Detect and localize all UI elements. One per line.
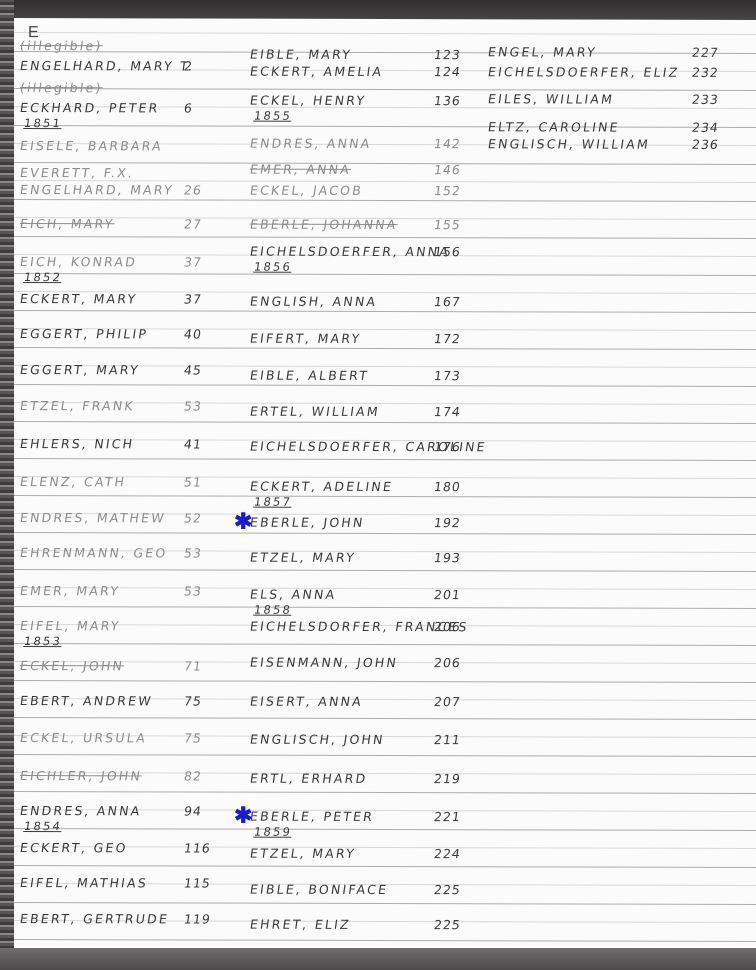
left-entry-page: 94 xyxy=(183,803,203,818)
ruled-line xyxy=(14,495,756,498)
left-entry-page: 71 xyxy=(183,658,203,673)
scan-border-bottom xyxy=(0,948,756,970)
left-entry-page: 75 xyxy=(183,693,203,708)
middle-entry-name: ENDRES, ANNA xyxy=(249,136,373,151)
ruled-line xyxy=(14,162,756,165)
left-entry-page: 53 xyxy=(183,398,203,413)
left-entry-page: 53 xyxy=(183,545,203,560)
left-entry-name: EHLERS, NICH xyxy=(19,436,135,451)
left-entry-year: 1851 xyxy=(23,116,63,130)
middle-entry-year: 1856 xyxy=(253,260,293,274)
middle-entry-page: 123 xyxy=(433,47,462,62)
middle-entry-page: 172 xyxy=(433,331,462,346)
left-entry-name: EHRENMANN, GEO xyxy=(19,545,169,560)
left-entry-page: 115 xyxy=(183,875,212,890)
ruled-line xyxy=(14,236,756,239)
middle-entry-page: 206 xyxy=(433,619,462,634)
middle-entry-year: 1858 xyxy=(253,603,293,617)
star-marker-icon: ✱ xyxy=(234,805,252,827)
middle-entry-page: 173 xyxy=(433,368,462,383)
left-entry-page: 51 xyxy=(183,474,203,489)
left-entry-page: 6 xyxy=(183,100,194,115)
left-entry-name: ENDRES, MATHEW xyxy=(19,510,167,525)
left-entry-name: ECKERT, MARY xyxy=(19,291,138,306)
middle-entry-page: 224 xyxy=(433,846,462,861)
ruled-line xyxy=(14,828,756,831)
right-entry-page: 227 xyxy=(691,45,720,60)
left-entry-name: EGGERT, MARY xyxy=(19,362,141,377)
ruled-line xyxy=(14,865,756,868)
middle-entry-name: EBERLE, PETER xyxy=(249,809,375,824)
middle-entry-name: ENGLISH, ANNA xyxy=(249,294,378,309)
middle-entry-page: 176 xyxy=(433,439,462,454)
left-entry-page: 40 xyxy=(183,326,203,341)
left-entry-name: (illegible) xyxy=(19,80,104,95)
ruled-line xyxy=(14,347,756,350)
left-entry-year: 1854 xyxy=(23,819,63,833)
ruled-line xyxy=(14,51,756,54)
ruled-line xyxy=(14,273,756,276)
star-marker-icon: ✱ xyxy=(234,511,252,533)
left-entry-name: ENGELHARD, MARY xyxy=(19,182,175,197)
middle-entry-name: EICHELSDOERFER, ANNA xyxy=(249,244,451,260)
middle-entry-year: 1855 xyxy=(253,109,293,123)
left-entry-page: 45 xyxy=(183,362,203,377)
middle-entry-page: 142 xyxy=(433,136,462,151)
middle-entry-name: EBERLE, JOHN xyxy=(249,515,366,530)
left-entry-name: ELENZ, CATH xyxy=(19,474,127,489)
ruled-line xyxy=(14,421,756,424)
right-entry-name: EILES, WILLIAM xyxy=(487,91,615,106)
ruled-line xyxy=(14,310,756,313)
right-entry-page: 236 xyxy=(691,137,720,152)
ruled-line xyxy=(14,717,756,720)
left-entry-name: ECKEL, URSULA xyxy=(19,730,148,745)
ruled-line xyxy=(14,32,756,35)
middle-entry-page: 211 xyxy=(433,732,462,747)
left-entry-name: ETZEL, FRANK xyxy=(19,398,136,413)
middle-entry-name: ECKERT, ADELINE xyxy=(249,479,394,494)
left-entry-year: 1852 xyxy=(23,270,63,284)
middle-entry-page: 206 xyxy=(433,655,462,670)
left-entry-page: 75 xyxy=(183,730,203,745)
middle-entry-page: 207 xyxy=(433,694,462,709)
middle-entry-name: ETZEL, MARY xyxy=(249,550,357,565)
middle-entry-page: 146 xyxy=(433,162,462,177)
left-entry-page: 27 xyxy=(183,216,203,231)
middle-entry-page: 156 xyxy=(433,244,462,259)
ruled-line xyxy=(14,532,756,535)
middle-entry-name: ECKERT, AMELIA xyxy=(249,64,384,79)
ruled-line xyxy=(14,643,756,646)
right-entry-name: ENGLISCH, WILLIAM xyxy=(487,136,651,151)
left-entry-name: ECKERT, GEO xyxy=(19,840,129,855)
left-entry-page: 53 xyxy=(183,583,203,598)
middle-entry-page: 174 xyxy=(433,404,462,419)
left-entry-page: 41 xyxy=(183,436,203,451)
left-entry-name: (illegible) xyxy=(19,38,104,53)
middle-entry-name: EIBLE, ALBERT xyxy=(249,368,370,383)
left-entry-name: ECKHARD, PETER xyxy=(19,100,161,115)
middle-entry-name: EISENMANN, JOHN xyxy=(249,655,399,670)
ruled-line xyxy=(14,754,756,757)
middle-entry-name: ENGLISCH, JOHN xyxy=(249,732,386,747)
ruled-line xyxy=(14,902,756,905)
middle-entry-name: ERTL, ERHARD xyxy=(249,771,369,786)
middle-entry-page: 192 xyxy=(433,515,462,530)
ruled-line xyxy=(14,458,756,461)
ruled-line xyxy=(14,680,756,683)
middle-entry-name: ERTEL, WILLIAM xyxy=(249,404,381,419)
left-entry-name: EBERT, ANDREW xyxy=(19,693,154,708)
left-entry-name: EICHLER, JOHN xyxy=(19,768,143,783)
middle-entry-page: 124 xyxy=(433,64,462,79)
left-entry-page: 116 xyxy=(183,840,212,855)
left-entry-page: 82 xyxy=(183,768,203,783)
left-entry-page: 119 xyxy=(183,911,212,926)
ruled-line xyxy=(14,606,756,609)
middle-entry-page: 219 xyxy=(433,771,462,786)
left-entry-name: EGGERT, PHILIP xyxy=(19,326,149,341)
ruled-line xyxy=(14,125,756,128)
ruled-line xyxy=(14,587,756,590)
middle-entry-name: ETZEL, MARY xyxy=(249,846,357,861)
middle-entry-name: EMER, ANNA xyxy=(249,162,352,177)
middle-entry-name: ELS, ANNA xyxy=(249,587,337,602)
left-entry-name: EISELE, BARBARA xyxy=(19,138,164,153)
ruled-line xyxy=(14,939,756,942)
middle-entry-name: EIBLE, MARY xyxy=(249,47,353,62)
middle-entry-page: 201 xyxy=(433,587,462,602)
left-entry-name: ENGELHARD, MARY T. xyxy=(19,58,196,73)
right-entry-page: 233 xyxy=(691,92,720,107)
middle-entry-name: ECKEL, HENRY xyxy=(249,93,367,108)
ruled-line xyxy=(14,791,756,794)
ruled-line xyxy=(14,384,756,387)
right-entry-name: EICHELSDOERFER, ELIZ xyxy=(487,64,680,79)
left-entry-name: EVERETT, F.X. xyxy=(19,165,135,180)
middle-entry-page: 221 xyxy=(433,809,462,824)
middle-entry-name: EIBLE, BONIFACE xyxy=(249,882,389,897)
scan-border-left xyxy=(0,0,14,970)
middle-entry-name: EIFERT, MARY xyxy=(249,331,362,346)
left-entry-page: 26 xyxy=(183,182,203,197)
middle-entry-name: ECKEL, JACOB xyxy=(249,183,364,198)
ruled-line xyxy=(14,569,756,572)
middle-entry-page: 225 xyxy=(433,917,462,932)
middle-entry-page: 180 xyxy=(433,479,462,494)
middle-entry-year: 1859 xyxy=(253,825,293,839)
right-entry-page: 232 xyxy=(691,65,720,80)
right-entry-name: ELTZ, CAROLINE xyxy=(487,119,621,134)
left-entry-year: 1853 xyxy=(23,634,63,648)
left-entry-name: EICH, KONRAD xyxy=(19,254,138,269)
middle-entry-page: 136 xyxy=(433,93,462,108)
middle-entry-page: 167 xyxy=(433,294,462,309)
middle-entry-page: 152 xyxy=(433,183,462,198)
middle-entry-name: EHRET, ELIZ xyxy=(249,917,352,932)
right-entry-name: ENGEL, MARY xyxy=(487,44,598,59)
ruled-line xyxy=(14,88,756,91)
left-entry-name: EICH, MARY xyxy=(19,216,116,231)
left-entry-page: 37 xyxy=(183,291,203,306)
middle-entry-year: 1857 xyxy=(253,495,293,509)
middle-entry-page: 225 xyxy=(433,882,462,897)
middle-entry-name: EISERT, ANNA xyxy=(249,694,364,709)
middle-entry-name: EBERLE, JOHANNA xyxy=(249,217,399,232)
ruled-line xyxy=(14,199,756,202)
left-entry-page: 52 xyxy=(183,510,203,525)
left-entry-name: EMER, MARY xyxy=(19,583,121,598)
left-entry-name: ECKEL, JOHN xyxy=(19,658,125,673)
left-entry-name: EIFEL, MARY xyxy=(19,618,122,633)
left-entry-name: EBERT, GERTRUDE xyxy=(19,911,170,926)
left-entry-page: 37 xyxy=(183,254,203,269)
middle-entry-page: 193 xyxy=(433,550,462,565)
ledger-page: E (illegible)ENGELHARD, MARY T.2(illegib… xyxy=(14,18,756,950)
left-entry-name: EIFEL, MATHIAS xyxy=(19,875,149,890)
left-entry-name: ENDRES, ANNA xyxy=(19,803,143,818)
middle-entry-page: 155 xyxy=(433,217,462,232)
right-entry-page: 234 xyxy=(691,120,720,135)
